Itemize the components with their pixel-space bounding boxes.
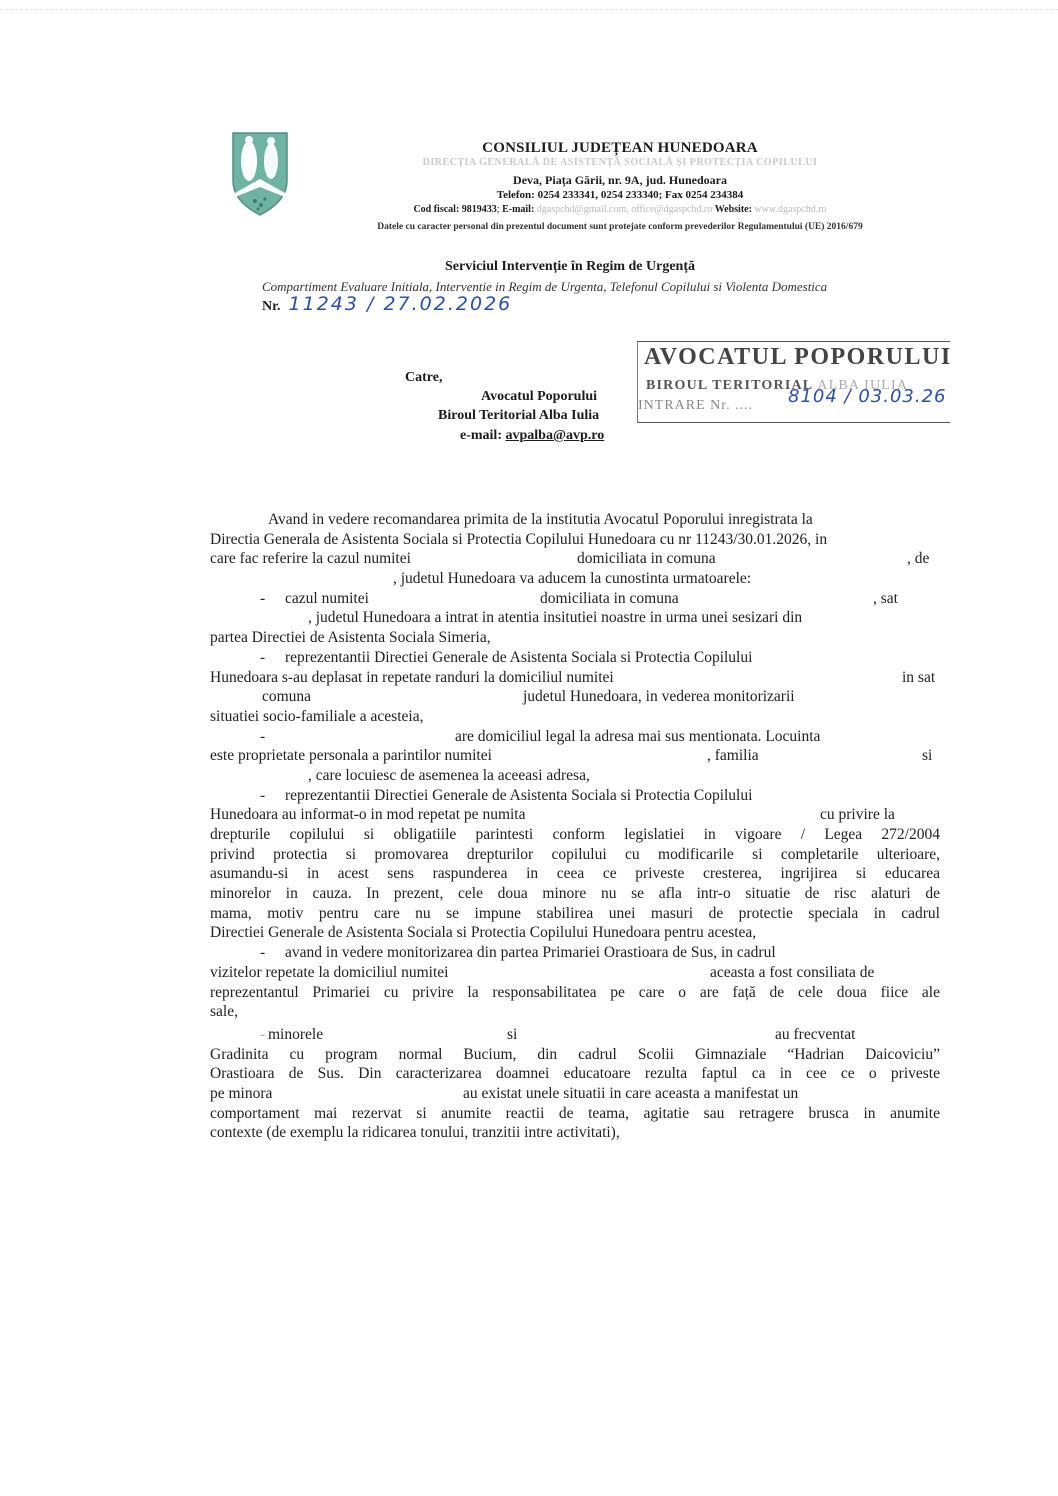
- p6-line-6: contexte (de exemplu la ridicarea tonulu…: [210, 1123, 940, 1143]
- p6-line-4: pe minora au existat unele situatii in c…: [210, 1084, 940, 1104]
- intro-line-1: Avand in vedere recomandarea primita de …: [210, 510, 940, 530]
- gdpr-notice: Datele cu caracter personal din prezentu…: [320, 222, 920, 232]
- fiscal-code: 9819433: [462, 204, 497, 215]
- p4-line-2: Hunedoara au informat-o in mod repetat p…: [210, 805, 940, 825]
- website-label: Website:: [715, 204, 752, 215]
- intro-line-3: care fac referire la cazul numitei domic…: [210, 549, 940, 569]
- p2-line-4: situatiei socio-familiale a acesteia,: [210, 707, 940, 727]
- registration-stamp: AVOCATUL POPORULUI BIROUL TERITORIAL ALB…: [637, 341, 950, 423]
- handwritten-registration: 11243 / 27.02.2026: [289, 293, 513, 315]
- p5-line-1: - avand in vedere monitorizarea din part…: [210, 943, 940, 963]
- address: Deva, Piața Gării, nr. 9A, jud. Hunedoar…: [320, 173, 920, 188]
- p2-line-2: Hunedoara s-au deplasat in repetate rand…: [210, 668, 940, 688]
- nr-label: Nr.: [262, 299, 281, 314]
- p6-line-5: comportament mai rezervat si anumite rea…: [210, 1104, 940, 1124]
- p6-line-1: - minorele si au frecventat: [210, 1025, 940, 1045]
- recipient-email-label: e-mail:: [460, 428, 502, 443]
- p1-line-3: partea Directiei de Asistenta Sociala Si…: [210, 628, 940, 648]
- header-email[interactable]: dgaspchd@gmail.com, office@dgaspchd.ro: [537, 204, 712, 215]
- recipient-email-link[interactable]: avpalba@avp.ro: [505, 428, 604, 443]
- p4-line-5: asumandu-si in acest sens raspunderea in…: [210, 864, 940, 884]
- email-label: E-mail:: [502, 204, 534, 215]
- registration-number: Nr. 11243 / 27.02.2026: [262, 293, 512, 315]
- stamp-institution: AVOCATUL POPORULUI: [644, 344, 952, 371]
- p3-line-1: - are domiciliul legal la adresa mai sus…: [210, 727, 940, 747]
- p4-line-6: minorelor in cauza. In prezent, cele dou…: [210, 884, 940, 904]
- p2-line-1: - reprezentantii Directiei Generale de A…: [210, 648, 940, 668]
- directorate-name: DIRECȚIA GENERALĂ DE ASISTENȚĂ SOCIALĂ Ș…: [320, 157, 920, 168]
- p5-line-3: reprezentantul Primariei cu privire la r…: [210, 983, 940, 1003]
- p6-line-2: Gradinita cu program normal Bucium, din …: [210, 1045, 940, 1065]
- county-coat-of-arms-icon: [231, 131, 289, 217]
- p5-line-4: sale,: [210, 1002, 940, 1022]
- p3-line-2: este proprietate personala a parintilor …: [210, 746, 940, 766]
- service-title: Serviciul Intervenție în Regim de Urgenț…: [250, 259, 890, 275]
- intro-line-4: , judetul Hunedoara va aducem la cunosti…: [210, 569, 940, 589]
- header-website[interactable]: www.dgaspchd.ro: [754, 204, 826, 215]
- p2-line-3: comuna judetul Hunedoara, in vederea mon…: [210, 687, 940, 707]
- p4-line-7: mama, motiv pentru care nu se impune sta…: [210, 904, 940, 924]
- intro-line-2: Directia Generala de Asistenta Sociala s…: [210, 530, 940, 550]
- council-name: CONSILIUL JUDEȚEAN HUNEDOARA: [320, 140, 920, 157]
- p4-line-1: - reprezentantii Directiei Generale de A…: [210, 786, 940, 806]
- scan-artifact-line: [0, 9, 1058, 11]
- fiscal-label: Cod fiscal:: [413, 204, 459, 215]
- letter-body: Avand in vedere recomandarea primita de …: [210, 510, 940, 1143]
- p5-line-2: vizitelor repetate la domiciliul numitei…: [210, 963, 940, 983]
- p1-line-2: , judetul Hunedoara a intrat in atentia …: [210, 608, 940, 628]
- recipient-name: Avocatul Poporului: [481, 389, 597, 405]
- fiscal-contact-line: Cod fiscal: 9819433; E-mail: dgaspchd@gm…: [320, 204, 920, 215]
- p4-line-4: privind protectia si promovarea drepturi…: [210, 845, 940, 865]
- stamp-entry-label: INTRARE Nr. ....: [638, 398, 753, 414]
- p4-line-8: Directiei Generale de Asistenta Sociala …: [210, 923, 940, 943]
- stamp-handwritten-number: 8104 / 03.03.26: [788, 386, 946, 407]
- recipient-email-line: e-mail: avpalba@avp.ro: [460, 428, 604, 444]
- recipient-office: Biroul Teritorial Alba Iulia: [438, 408, 599, 424]
- p3-line-3: , care locuiesc de asemenea la aceeasi a…: [210, 766, 940, 786]
- phone-fax: Telefon: 0254 233341, 0254 233340; Fax 0…: [320, 189, 920, 201]
- p1-line-1: - cazul numitei domiciliata in comuna , …: [210, 589, 940, 609]
- p4-line-3: drepturile copilului si obligatiile pari…: [210, 825, 940, 845]
- recipient-salutation: Catre,: [405, 370, 442, 386]
- p6-line-3: Orastioara de Sus. Din caracterizarea do…: [210, 1064, 940, 1084]
